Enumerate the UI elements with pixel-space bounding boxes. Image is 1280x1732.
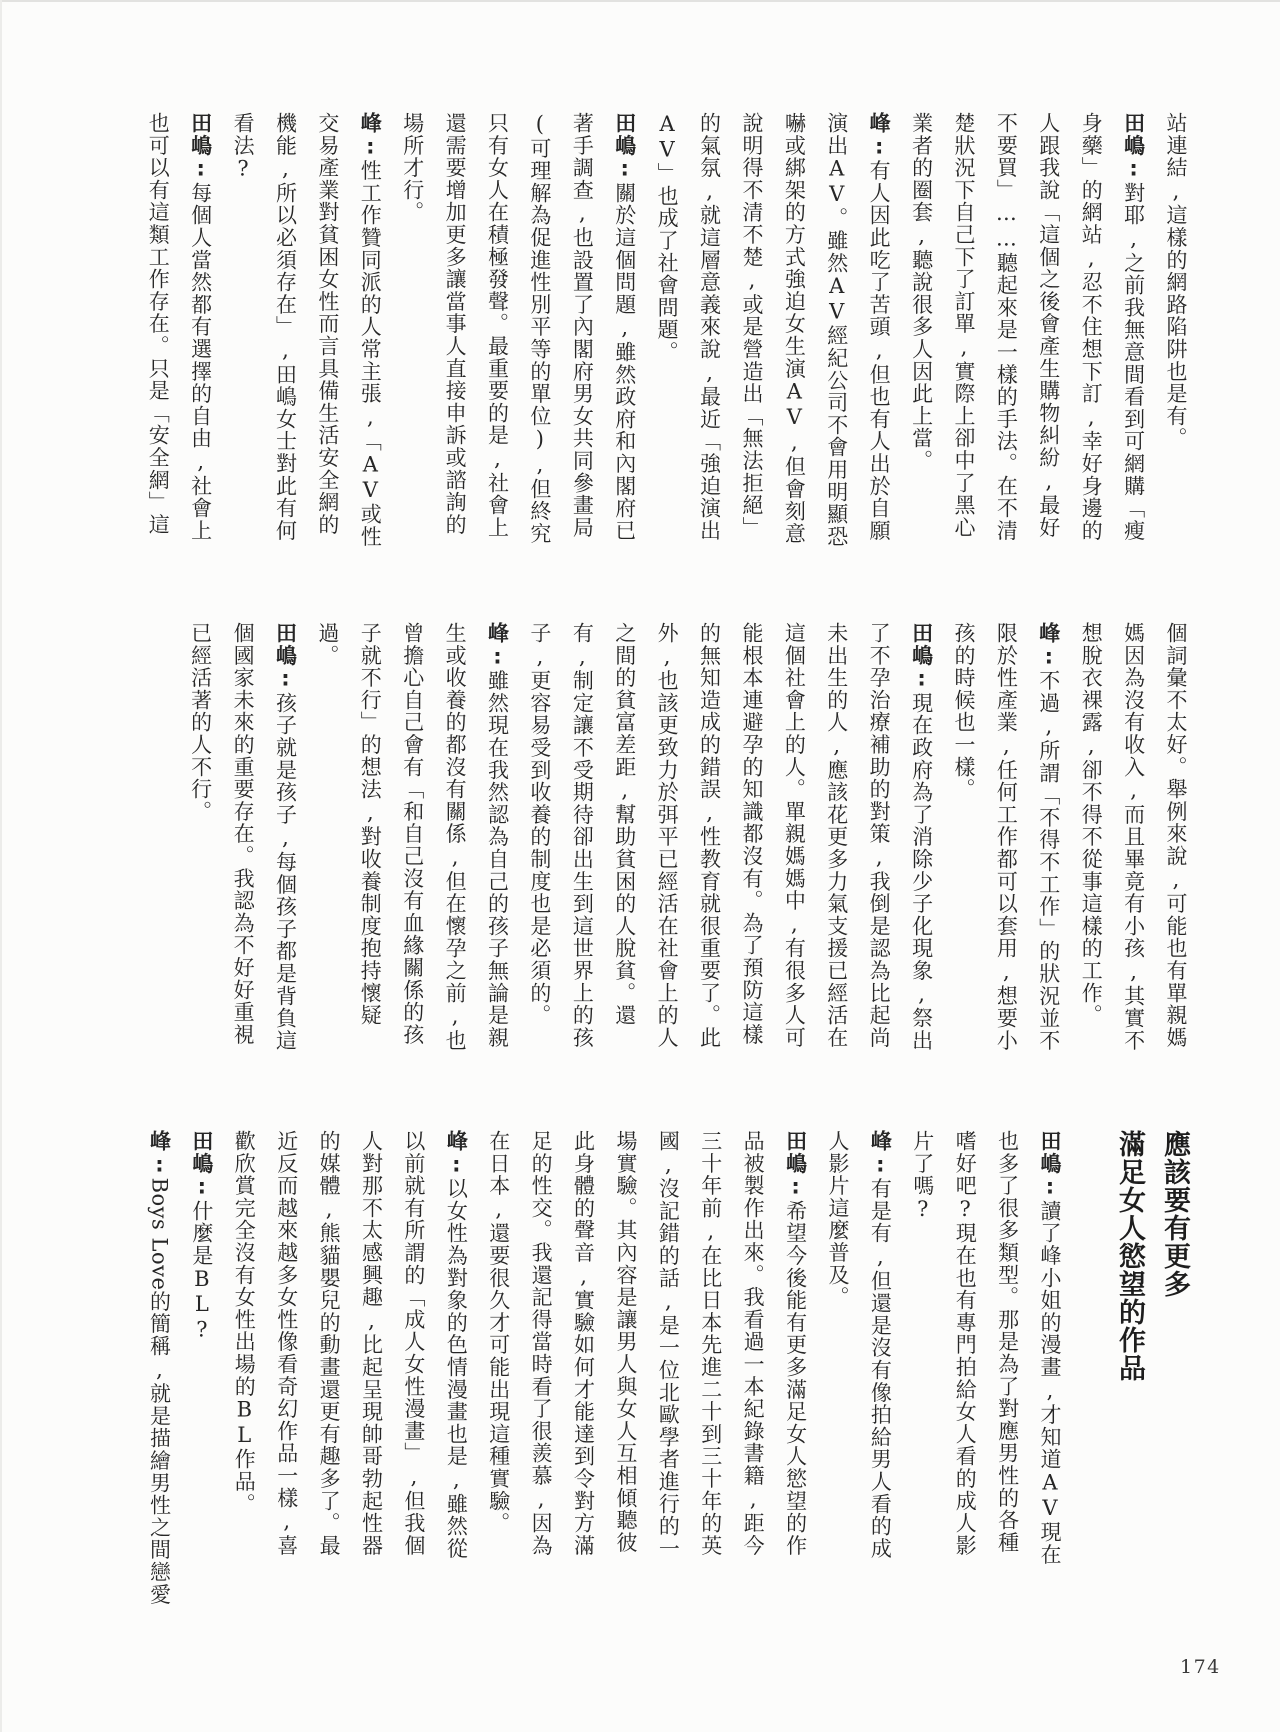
text-column: 田嶋:孩子就是孩子,每個孩子都是背負這	[264, 622, 306, 1072]
dialogue-text: 不過,所謂「不得不工作」的狀況並不	[1037, 670, 1061, 1052]
text-column: 站連結,這樣的網路陷阱也是有。	[1155, 112, 1197, 562]
text-column: 田嶋:每個人當然都有選擇的自由,社會上	[179, 112, 221, 562]
text-column: 田嶋:希望今後能有更多滿足女人慾望的作	[774, 1130, 816, 1590]
text-column: 演出AV。雖然AV經紀公司不會用明顯恐	[815, 112, 857, 562]
text-column: 峰:有人因此吃了苦頭,但也有人出於自願	[858, 112, 900, 562]
text-column: 足的性交。我還記得當時看了很羨慕,因為	[520, 1130, 562, 1590]
text-column: 了不孕治療補助的對策,我倒是認為比起尚	[858, 622, 900, 1072]
text-column: 近反而越來越多女性像看奇幻作品一樣,喜	[265, 1130, 307, 1590]
text-column: 有,制定讓不受期待卻出生到這世界上的孩	[561, 622, 603, 1072]
dialogue-text: 希望今後能有更多滿足女人慾望的作	[784, 1200, 808, 1557]
heading-line-1: 應該要有更多	[1152, 1130, 1197, 1590]
text-column: 的無知造成的錯誤,性教育就很重要了。此	[688, 622, 730, 1072]
text-column: 個詞彙不太好。舉例來說,可能也有單親媽	[1155, 622, 1197, 1072]
speaker-name: 田嶋:	[273, 622, 297, 692]
speaker-name: 峰:	[444, 1130, 468, 1178]
text-column: 人影片這麼普及。	[817, 1130, 859, 1590]
text-column: 也可以有這類工作存在。只是「安全網」這	[137, 112, 179, 562]
text-section-1: 站連結,這樣的網路陷阱也是有。 田嶋:對耶,之前我無意間看到可網購「瘦 身藥」的…	[137, 112, 1197, 562]
speaker-name: 田嶋:	[613, 112, 637, 182]
text-section-2: 個詞彙不太好。舉例來說,可能也有單親媽 媽因為沒有收入,而且畢竟有小孩,其實不 …	[179, 622, 1197, 1072]
text-column: 不要買」……聽起來是一樣的手法。在不清	[985, 112, 1027, 562]
dialogue-text: 的簡稱,就是描繪男性之間戀愛	[147, 1290, 171, 1605]
section-3-heading: 應該要有更多 滿足女人慾望的作品	[1107, 1130, 1197, 1590]
dialogue-text: 孩子就是孩子,每個孩子都是背負這	[273, 692, 297, 1052]
text-column: 機能,所以必須存在」,田嶋女士對此有何	[264, 112, 306, 562]
text-column: 限於性產業,任何工作都可以套用,想要小	[985, 622, 1027, 1072]
text-column: 說明得不清不楚,或是營造出「無法拒絕」	[731, 112, 773, 562]
speaker-name: 峰:	[868, 1130, 892, 1178]
text-column: 人對那不太感興趣,比起呈現帥哥勃起性器	[350, 1130, 392, 1590]
text-column: 嗜好吧?現在也有專門拍給女人看的成人影	[944, 1130, 986, 1590]
text-column: 峰:性工作贊同派的人常主張,「AV或性	[349, 112, 391, 562]
text-column: 人跟我說「這個之後會產生購物糾紛,最好	[1027, 112, 1069, 562]
text-column: 身藥」的網站,忍不住想下訂,幸好身邊的	[1070, 112, 1112, 562]
speaker-name: 田嶋:	[784, 1130, 808, 1200]
text-column: 孩的時候也一樣。	[943, 622, 985, 1072]
dialogue-text: 以女性為對象的色情漫畫也是,雖然從	[444, 1178, 468, 1560]
text-column: 此身體的聲音,實驗如何才能達到令對方滿	[562, 1130, 604, 1590]
text-column: 還需要增加更多讓當事人直接申訴或諮詢的	[434, 112, 476, 562]
text-section-3: 田嶋:讀了峰小姐的漫畫,才知道AV現在 也多了很多類型。那是為了對應男性的各種 …	[138, 1130, 1071, 1590]
text-column: 已經活著的人不行。	[179, 622, 221, 1072]
text-column: 在日本,還要很久才可能出現這種實驗。	[477, 1130, 519, 1590]
text-column: 著手調查,也設置了內閣府男女共同參畫局	[561, 112, 603, 562]
text-column: 國,沒記錯的話,是一位北歐學者進行的一	[647, 1130, 689, 1590]
text-column: 田嶋:讀了峰小姐的漫畫,才知道AV現在	[1029, 1130, 1071, 1590]
text-column: 也多了很多類型。那是為了對應男性的各種	[986, 1130, 1028, 1590]
dialogue-text: 有人因此吃了苦頭,但也有人出於自願	[867, 160, 891, 542]
text-column: 看法?	[222, 112, 264, 562]
text-column: 這個社會上的人。單親媽媽中,有很多人可	[773, 622, 815, 1072]
speaker-name: 田嶋:	[189, 112, 213, 182]
text-column: 之間的貧富差距,幫助貧困的人脫貧。還	[603, 622, 645, 1072]
text-column: 場所才行。	[391, 112, 433, 562]
latin-text: Boys Love	[147, 1178, 171, 1291]
speaker-name: 峰:	[1037, 622, 1061, 670]
page-number: 174	[1180, 1656, 1221, 1678]
text-column: 個國家未來的重要存在。我認為不好好重視	[222, 622, 264, 1072]
text-column: 歡欣賞完全沒有女性出場的BL作品。	[223, 1130, 265, 1590]
text-column: 峰:以女性為對象的色情漫畫也是,雖然從	[435, 1130, 477, 1590]
dialogue-text: 雖然現在我然認為自己的孩子無論是親	[486, 670, 510, 1049]
text-column: 峰:Boys Love的簡稱,就是描繪男性之間戀愛	[138, 1130, 180, 1590]
text-column: 媽因為沒有收入,而且畢竟有小孩,其實不	[1112, 622, 1154, 1072]
text-column: 楚狀況下自己下了訂單,實際上卻中了黑心	[943, 112, 985, 562]
dialogue-text: 現在政府為了消除少子化現象,祭出	[910, 692, 934, 1052]
text-column: 子,更容易受到收養的制度也是必須的。	[519, 622, 561, 1072]
text-column: 田嶋:關於這個問題,雖然政府和內閣府已	[603, 112, 645, 562]
text-column: 只有女人在積極發聲。最重要的是,社會上	[476, 112, 518, 562]
text-column: 的媒體,熊貓嬰兒的動畫還更有趣多了。最	[308, 1130, 350, 1590]
text-column: 子就不行」的想法,對收養制度抱持懷疑	[349, 622, 391, 1072]
text-column: 場實驗。其內容是讓男人與女人互相傾聽彼	[605, 1130, 647, 1590]
text-column: 外,也該更致力於弭平已經活在社會上的人	[646, 622, 688, 1072]
text-column: AV」也成了社會問題。	[646, 112, 688, 562]
text-column: 嚇或綁架的方式強迫女生演AV,但會刻意	[773, 112, 815, 562]
text-column: 曾擔心自己會有「和自己沒有血緣關係的孩	[391, 622, 433, 1072]
dialogue-text: 關於這個問題,雖然政府和內閣府已	[613, 182, 637, 542]
text-column: 未出生的人,應該花更多力氣支援已經活在	[815, 622, 857, 1072]
text-column: 能根本連避孕的知識都沒有。為了預防這樣	[731, 622, 773, 1072]
dialogue-text: 對耶,之前我無意間看到可網購「瘦	[1122, 182, 1146, 542]
dialogue-text: 什麼是BL?	[190, 1200, 214, 1343]
text-column: 想脫衣裸露,卻不得不從事這樣的工作。	[1070, 622, 1112, 1072]
speaker-name: 田嶋:	[1038, 1130, 1062, 1200]
text-column: 峰:不過,所謂「不得不工作」的狀況並不	[1027, 622, 1069, 1072]
text-column: 三十年前,在比日本先進二十到三十年的英	[689, 1130, 731, 1590]
speaker-name: 田嶋:	[1122, 112, 1146, 182]
text-column: 片了嗎?	[901, 1130, 943, 1590]
text-column: 田嶋:對耶,之前我無意間看到可網購「瘦	[1112, 112, 1154, 562]
speaker-name: 峰:	[486, 622, 510, 670]
text-column: 業者的圈套,聽說很多人因此上當。	[900, 112, 942, 562]
speaker-name: 田嶋:	[910, 622, 934, 692]
dialogue-text: 讀了峰小姐的漫畫,才知道AV現在	[1038, 1200, 1062, 1566]
page-top-edge	[0, 0, 1280, 2]
text-column: (可理解為促進性別平等的單位),但終究	[519, 112, 561, 562]
text-column: 峰:雖然現在我然認為自己的孩子無論是親	[476, 622, 518, 1072]
text-column: 生或收養的都沒有關係,但在懷孕之前,也	[434, 622, 476, 1072]
text-column: 田嶋:什麼是BL?	[180, 1130, 222, 1590]
text-column: 交易產業對貧困女性而言具備生活安全網的	[306, 112, 348, 562]
text-column: 的氣氛,就這層意義來說,最近「強迫演出	[688, 112, 730, 562]
speaker-name: 峰:	[358, 112, 382, 160]
speaker-name: 峰:	[867, 112, 891, 160]
heading-line-2: 滿足女人慾望的作品	[1107, 1130, 1152, 1590]
page-left-edge	[0, 0, 2, 1732]
text-column: 過。	[306, 622, 348, 1072]
speaker-name: 田嶋:	[190, 1130, 214, 1200]
speaker-name: 峰:	[147, 1130, 171, 1178]
text-column: 峰:有是有,但還是沒有像拍給男人看的成	[859, 1130, 901, 1590]
text-column: 以前就有所謂的「成人女性漫畫」,但我個	[393, 1130, 435, 1590]
dialogue-text: 性工作贊同派的人常主張,「AV或性	[358, 160, 382, 548]
text-column: 品被製作出來。我看過一本紀錄書籍,距今	[732, 1130, 774, 1590]
dialogue-text: 每個人當然都有選擇的自由,社會上	[189, 182, 213, 542]
dialogue-text: 有是有,但還是沒有像拍給男人看的成	[868, 1178, 892, 1560]
text-column: 田嶋:現在政府為了消除少子化現象,祭出	[900, 622, 942, 1072]
